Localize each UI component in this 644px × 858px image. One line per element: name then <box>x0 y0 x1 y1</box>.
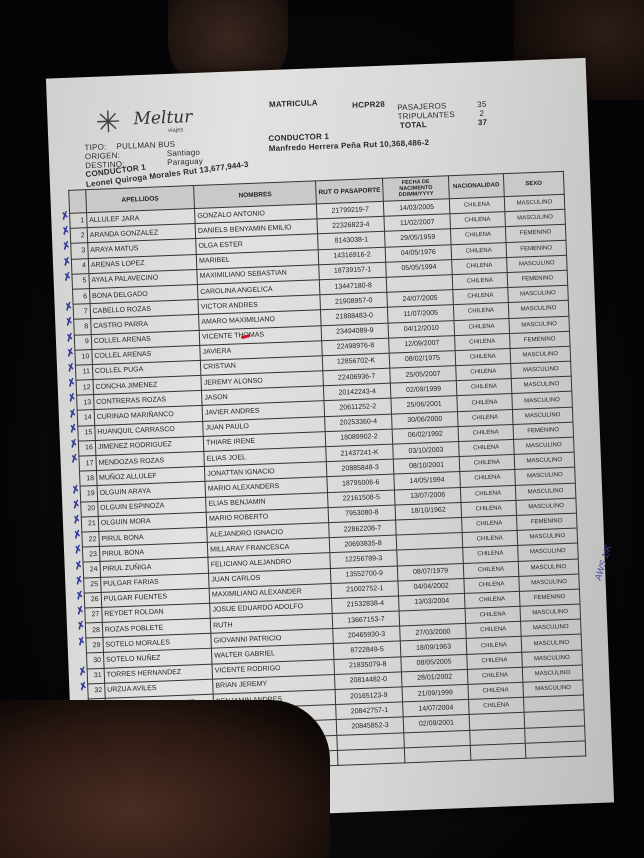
cell-rut <box>337 748 405 766</box>
cell-n: 24 <box>83 562 100 578</box>
total-label: TOTAL <box>400 120 427 130</box>
cell-n: 26 <box>84 592 101 608</box>
cell-n: 29 <box>86 638 103 654</box>
cell-n: 10 <box>75 349 92 365</box>
passenger-table: APELLIDOS NOMBRES RUT O PASAPORTE FECHA … <box>68 171 586 776</box>
cell-n: 32 <box>88 683 105 699</box>
cell-n: 11 <box>75 364 92 380</box>
cell-n: 7 <box>73 304 90 320</box>
cell-n: 3 <box>71 243 88 259</box>
cell-n: 30 <box>86 653 103 669</box>
table-body: 1ALLULEF JARAGONZALO ANTONIO21799219-714… <box>70 194 586 775</box>
cell-n: 22 <box>82 531 99 547</box>
header-fecha: FECHA DE NACIMENTO DD/MM/YYYY <box>383 176 450 202</box>
header-sexo: SEXO <box>503 171 564 196</box>
header-num <box>69 190 87 214</box>
cell-n: 2 <box>70 228 87 244</box>
cell-n: 23 <box>82 547 99 563</box>
total-value: 37 <box>478 118 488 127</box>
cell-n: 19 <box>80 486 97 502</box>
cell-n: 27 <box>85 607 102 623</box>
cell-nac <box>470 743 525 760</box>
cell-n: 18 <box>79 471 96 487</box>
cell-n: 4 <box>71 258 88 274</box>
cell-n: 16 <box>78 440 95 456</box>
header-nacionalidad: NACIONALIDAD <box>448 174 504 199</box>
cell-fecha <box>404 745 470 763</box>
header-rut: RUT O PASAPORTE <box>316 178 384 204</box>
cell-sexo <box>525 741 586 758</box>
cell-n: 28 <box>85 622 102 638</box>
cell-n: 1 <box>70 213 87 229</box>
pasajeros-value: 35 <box>477 100 487 109</box>
cell-n: 20 <box>81 501 98 517</box>
company-brand: Meltur <box>133 107 193 129</box>
hand-holding-paper-bottom <box>0 700 330 858</box>
cell-n: 31 <box>87 668 104 684</box>
asterisk-star-icon: ✳ <box>95 108 121 139</box>
cell-n: 5 <box>72 273 89 289</box>
cell-n: 9 <box>74 334 91 350</box>
tripulantes-value: 2 <box>479 109 484 118</box>
cell-n: 25 <box>84 577 101 593</box>
company-logo: ✳ Meltur viajes <box>87 100 208 145</box>
cell-n: 12 <box>76 380 93 396</box>
cell-n: 21 <box>81 516 98 532</box>
cell-n: 14 <box>77 410 94 426</box>
matricula-value: HCPR28 <box>352 100 385 110</box>
cell-n: 13 <box>77 395 94 411</box>
cell-n: 6 <box>73 289 90 305</box>
cell-n: 15 <box>78 425 95 441</box>
company-tagline: viajes <box>168 127 184 134</box>
cell-n: 17 <box>79 456 96 472</box>
matricula-label: MATRICULA <box>269 98 318 109</box>
cell-n: 8 <box>74 319 91 335</box>
